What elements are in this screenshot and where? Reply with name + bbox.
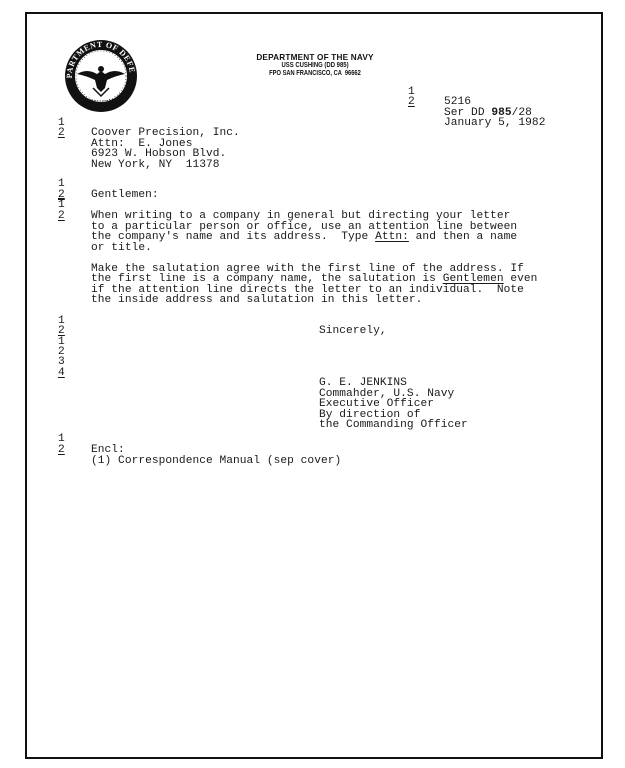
signer-name: G. E. JENKINS: [319, 378, 407, 388]
salutation-spacing-1: 1: [58, 179, 65, 189]
department-of-defense-seal-icon: DEPARTMENT OF DEFENSE: [63, 38, 139, 114]
paragraph2-line2: the first line is a company name, the sa…: [91, 274, 537, 284]
paragraph1-line1: When writing to a company in general but…: [91, 211, 510, 221]
paragraph1-line3: the company's name and its address. Type…: [91, 232, 517, 242]
letterhead-address: FPO SAN FRANCISCO, CA 96662: [254, 70, 377, 77]
letterhead-department: DEPARTMENT OF THE NAVY: [245, 53, 385, 62]
signature-spacing-4: 4: [58, 368, 65, 378]
enclosure-item: (1) Correspondence Manual (sep cover): [91, 456, 341, 466]
signer-title: Executive Officer: [319, 399, 434, 409]
signer-authority-line2: the Commanding Officer: [319, 420, 468, 430]
attn-example: Attn:: [375, 231, 409, 243]
complimentary-close: Sincerely,: [319, 326, 387, 336]
body-spacing-2: 2: [58, 211, 65, 221]
address-company: Coover Precision, Inc.: [91, 128, 240, 138]
closing-spacing-2: 2: [58, 326, 65, 336]
letterhead-ship: USS CUSHING (DD 985): [256, 62, 375, 69]
ref-spacing-2: 2: [408, 97, 415, 107]
salutation: Gentlemen:: [91, 190, 159, 200]
paragraph1-line4: or title.: [91, 243, 152, 253]
body-spacing-1: 1: [58, 200, 65, 210]
enclosure-spacing-1: 1: [58, 434, 65, 444]
paragraph2-line4: the inside address and salutation in thi…: [91, 295, 422, 305]
enclosure-label: Encl:: [91, 445, 125, 455]
signature-spacing-3: 3: [58, 357, 65, 367]
ssic: 5216: [444, 97, 471, 107]
address-street: 6923 W. Hobson Blvd.: [91, 149, 226, 159]
address-spacing-2: 2: [58, 128, 65, 138]
enclosure-spacing-2: 2: [58, 445, 65, 455]
address-city: New York, NY 11378: [91, 160, 220, 170]
paragraph1-text-end: and then a name: [409, 231, 517, 243]
letter-date: January 5, 1982: [444, 118, 545, 128]
